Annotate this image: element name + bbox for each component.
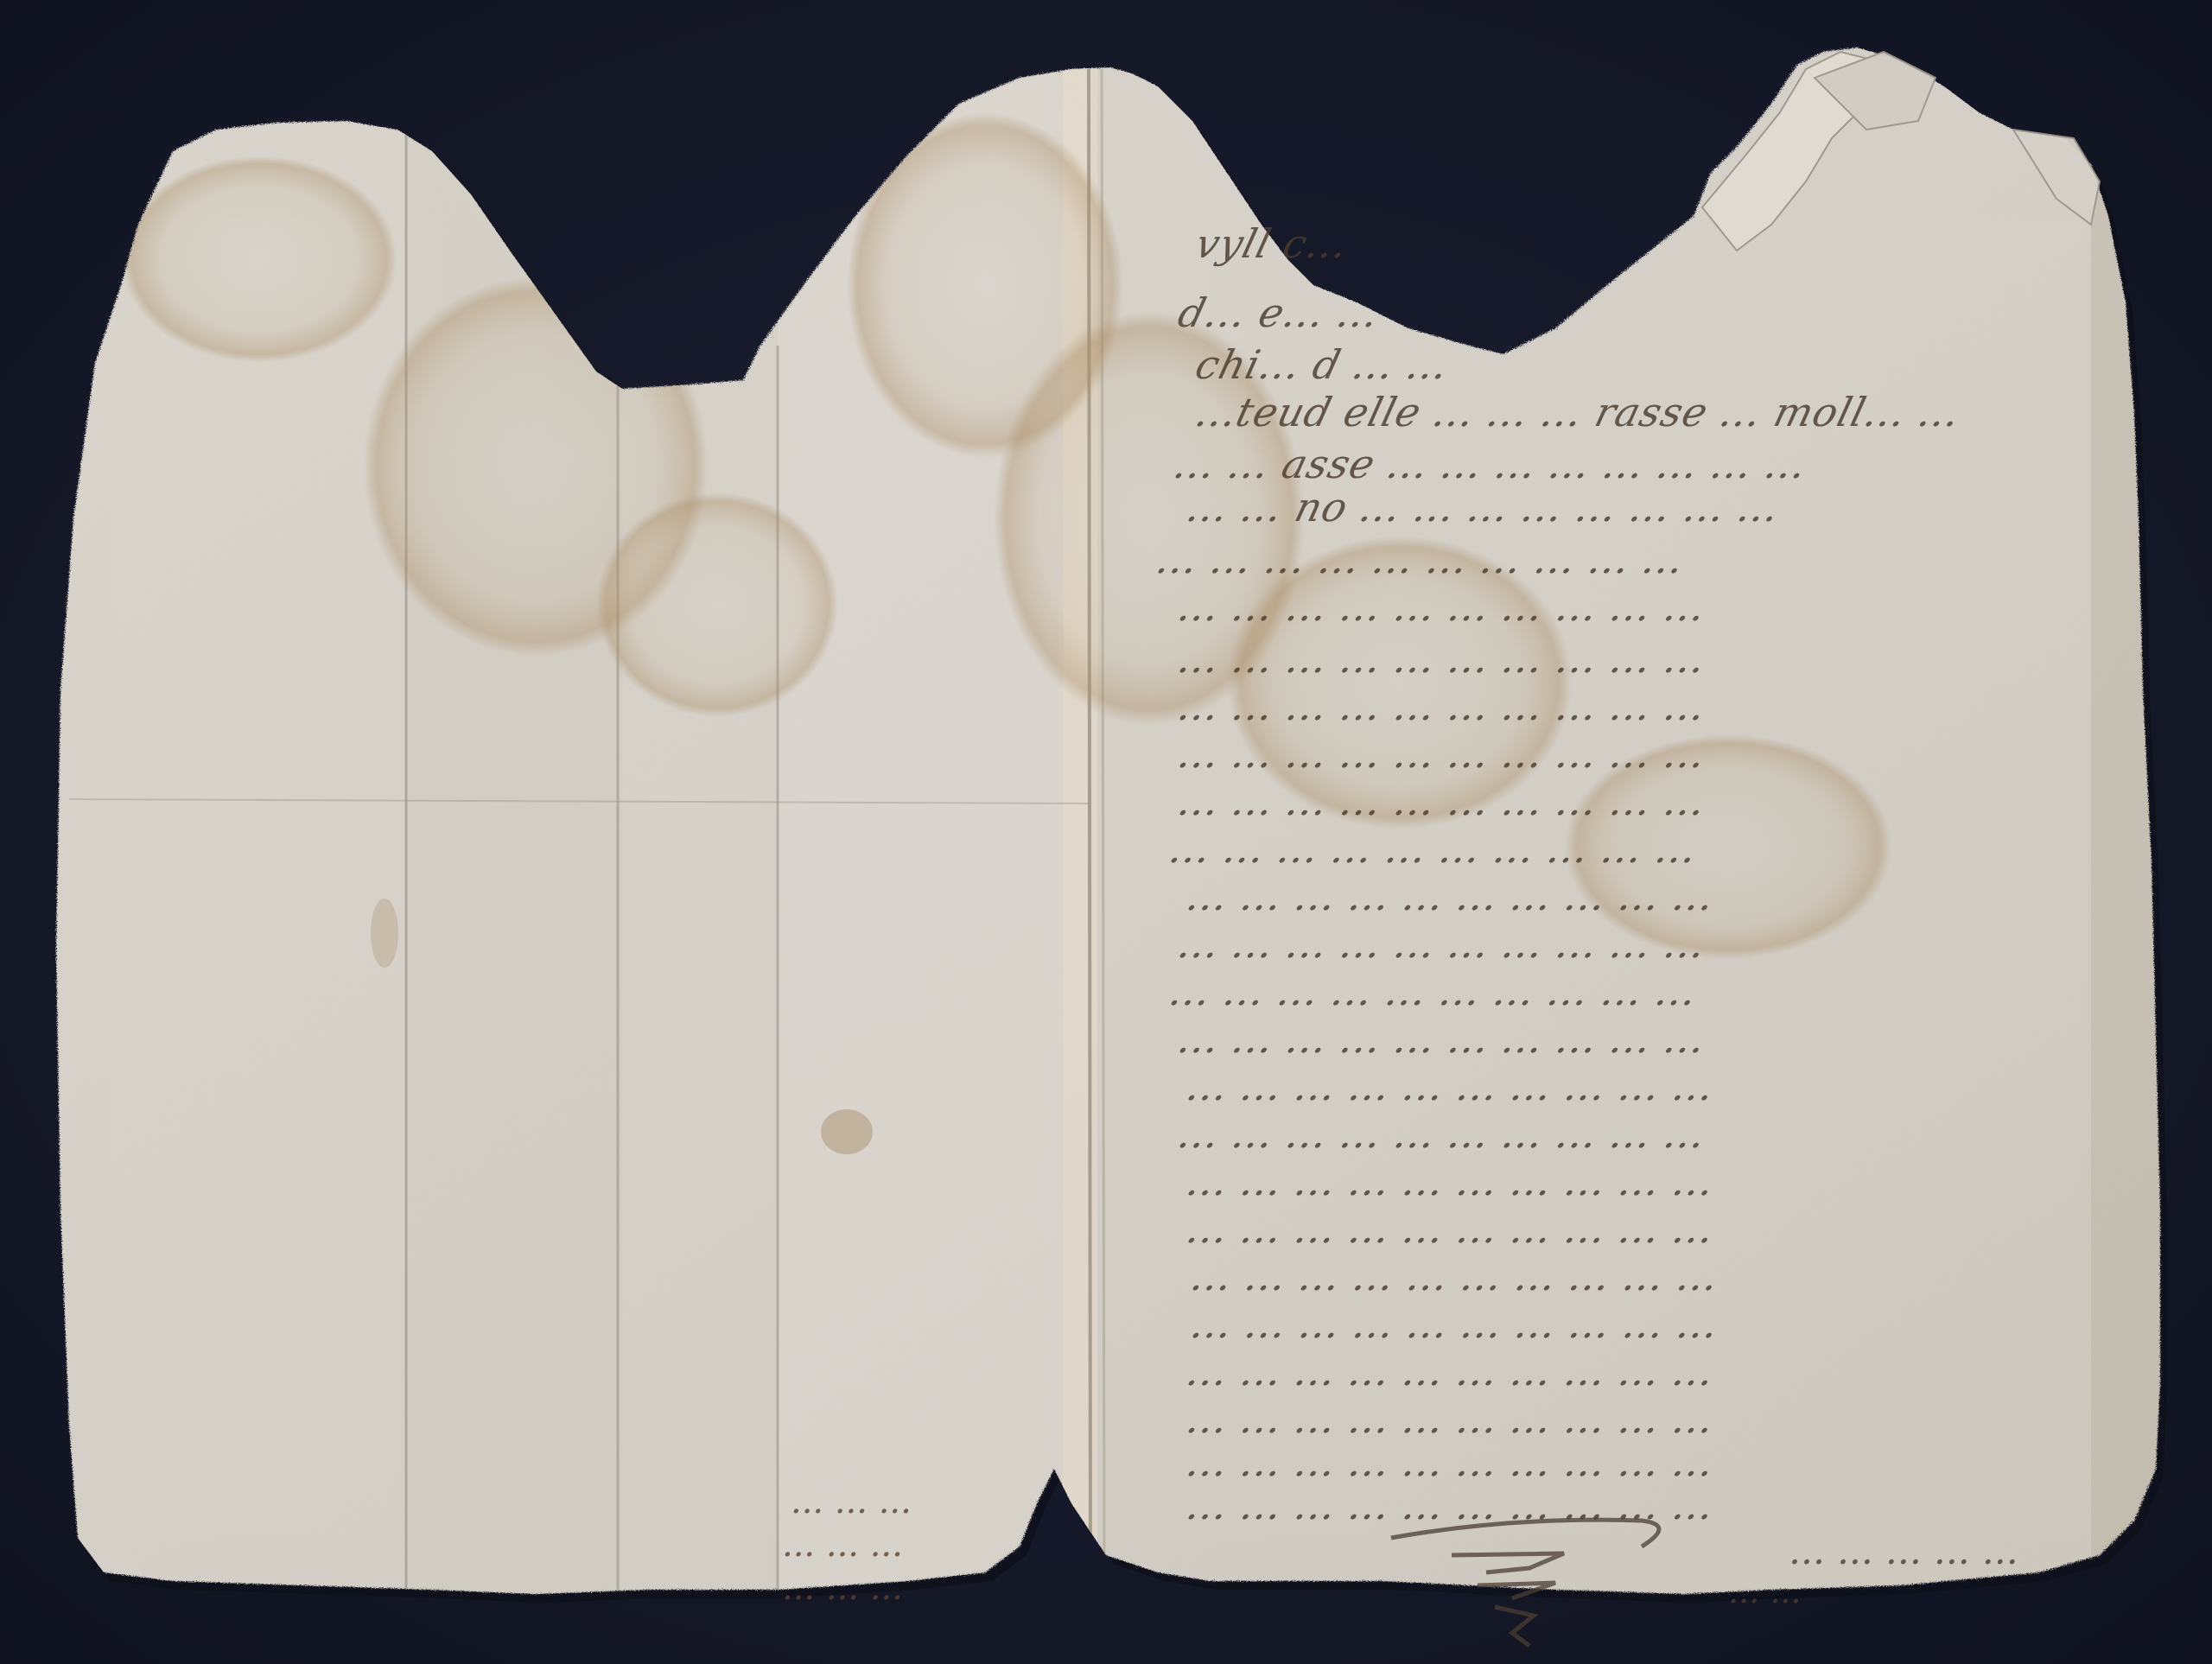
handwriting-line: ... ... ... ... ... ... ... ... ... ... bbox=[1173, 730, 1712, 777]
handwriting-line: ... ... ... ... ... ... ... ... ... ... bbox=[1182, 1395, 1720, 1442]
handwriting-line: ... ... ... ... ... ... ... ... ... ... bbox=[1182, 1158, 1720, 1204]
endorsement-line: ... ... ... bbox=[791, 1482, 912, 1521]
handwriting-line: ... ... ... ... ... ... ... ... ... ... bbox=[1173, 778, 1712, 824]
handwriting-line: chi... d ... ... bbox=[1191, 341, 1453, 388]
handwriting-line: ... ... ... ... ... ... ... ... ... ... bbox=[1182, 1063, 1720, 1109]
handwriting-line: ... ... ... ... ... ... ... ... ... ... bbox=[1173, 1015, 1712, 1062]
handwriting-line: ... ... ... ... ... ... ... ... ... ... bbox=[1173, 920, 1712, 967]
signature-text: ... ... ... ... ... bbox=[1789, 1529, 2018, 1573]
handwriting-line: ... ... ... ... ... ... ... ... ... ... bbox=[1165, 825, 1703, 872]
handwriting-line: ...teud elle ... ... ... rasse ... moll.… bbox=[1191, 389, 1966, 435]
endorsement-line: ... ... ... bbox=[782, 1568, 903, 1608]
handwriting-line: ... ... ... ... ... ... ... ... ... ... bbox=[1182, 1439, 1720, 1485]
handwriting-line: ... ... asse ... ... ... ... ... ... ...… bbox=[1169, 441, 1812, 487]
handwriting-line: ... ... ... ... ... ... ... ... ... ... bbox=[1182, 1205, 1720, 1252]
handwriting-line: ... ... ... ... ... ... ... ... ... ... bbox=[1165, 968, 1703, 1014]
handwriting-line: vyll c... bbox=[1191, 220, 1353, 267]
handwriting-line: ... ... ... ... ... ... ... ... ... ... bbox=[1173, 683, 1712, 729]
handwriting-line: d... e... ... bbox=[1173, 289, 1384, 336]
handwriting-line: ... ... ... ... ... ... ... ... ... ... bbox=[1186, 1253, 1725, 1299]
handwriting-line: ... ... ... ... ... ... ... ... ... ... bbox=[1173, 583, 1712, 630]
handwriting-line: ... ... ... ... ... ... ... ... ... ... bbox=[1152, 536, 1690, 582]
handwriting-line: ... ... ... ... ... ... ... ... ... ... bbox=[1182, 1348, 1720, 1394]
handwriting-line: ... ... ... ... ... ... ... ... ... ... bbox=[1173, 635, 1712, 682]
handwriting-line: ... ... no ... ... ... ... ... ... ... .… bbox=[1182, 484, 1785, 530]
handwriting-line: ... ... ... ... ... ... ... ... ... ... bbox=[1173, 1110, 1712, 1157]
manuscript-sheet bbox=[0, 0, 2212, 1664]
handwriting-line: ... ... ... ... ... ... ... ... ... ... bbox=[1186, 1300, 1725, 1347]
handwriting-line: ... ... ... ... ... ... ... ... ... ... bbox=[1182, 873, 1720, 919]
signature-subtext: ... ... bbox=[1728, 1572, 1802, 1610]
endorsement-line: ... ... ... bbox=[782, 1525, 903, 1565]
